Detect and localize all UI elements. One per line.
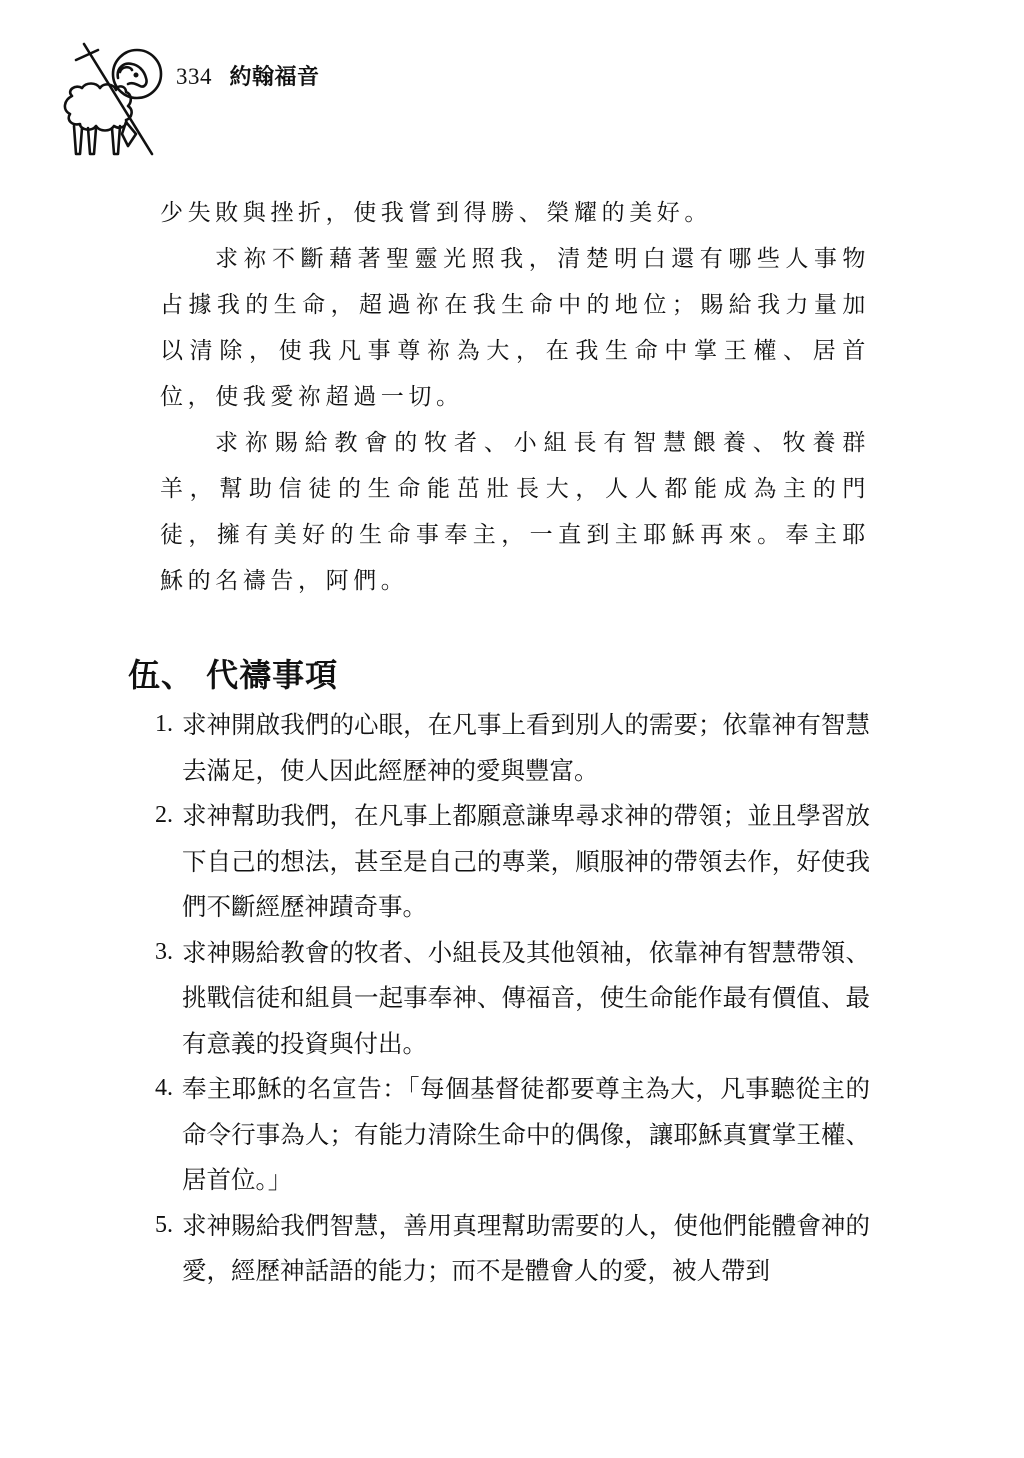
lamb-with-cross-icon (52, 36, 172, 161)
list-item: 1. 求神開啟我們的心眼，在凡事上看到別人的需要；依靠神有智慧去滿足，使人因此經… (155, 702, 870, 793)
prayer-paragraph: 求祢不斷藉著聖靈光照我，清楚明白還有哪些人事物占據我的生命，超過祢在我生命中的地… (160, 236, 870, 420)
book-title: 約翰福音 (230, 64, 320, 90)
item-number: 1. (155, 702, 173, 748)
list-item: 3. 求神賜給教會的牧者、小組長及其他領袖，依靠神有智慧帶領、挑戰信徒和組員一起… (155, 930, 870, 1067)
prayer-text: 少失敗與挫折，使我嘗到得勝、榮耀的美好。 求祢不斷藉著聖靈光照我，清楚明白還有哪… (160, 190, 870, 604)
list-item: 4. 奉主耶穌的名宣告：「每個基督徒都要尊主為大，凡事聽從主的命令行事為人；有能… (155, 1066, 870, 1203)
list-item: 2. 求神幫助我們，在凡事上都願意謙卑尋求神的帶領；並且學習放下自己的想法，甚至… (155, 793, 870, 930)
item-number: 4. (155, 1066, 173, 1112)
item-text: 求神幫助我們，在凡事上都願意謙卑尋求神的帶領；並且學習放下自己的想法，甚至是自己… (182, 801, 870, 921)
running-header: 334 約翰福音 (176, 60, 320, 91)
prayer-paragraph: 求祢賜給教會的牧者、小組長有智慧餵養、牧養群羊，幫助信徒的生命能茁壯長大，人人都… (160, 420, 870, 604)
prayer-paragraph: 少失敗與挫折，使我嘗到得勝、榮耀的美好。 (160, 190, 870, 236)
item-number: 5. (155, 1203, 173, 1249)
item-number: 3. (155, 930, 173, 976)
item-text: 求神賜給我們智慧，善用真理幫助需要的人，使他們能體會神的愛，經歷神話語的能力；而… (182, 1211, 870, 1286)
item-text: 求神賜給教會的牧者、小組長及其他領袖，依靠神有智慧帶領、挑戰信徒和組員一起事奉神… (182, 938, 870, 1058)
item-text: 奉主耶穌的名宣告：「每個基督徒都要尊主為大，凡事聽從主的命令行事為人；有能力清除… (182, 1074, 870, 1194)
prayer-requests-list: 1. 求神開啟我們的心眼，在凡事上看到別人的需要；依靠神有智慧去滿足，使人因此經… (155, 702, 870, 1294)
section-heading: 伍、 代禱事項 (128, 650, 338, 696)
item-number: 2. (155, 793, 173, 839)
item-text: 求神開啟我們的心眼，在凡事上看到別人的需要；依靠神有智慧去滿足，使人因此經歷神的… (182, 710, 870, 785)
list-item: 5. 求神賜給我們智慧，善用真理幫助需要的人，使他們能體會神的愛，經歷神話語的能… (155, 1203, 870, 1294)
page-number: 334 (176, 64, 212, 89)
page-header: 334 約翰福音 (52, 36, 452, 166)
